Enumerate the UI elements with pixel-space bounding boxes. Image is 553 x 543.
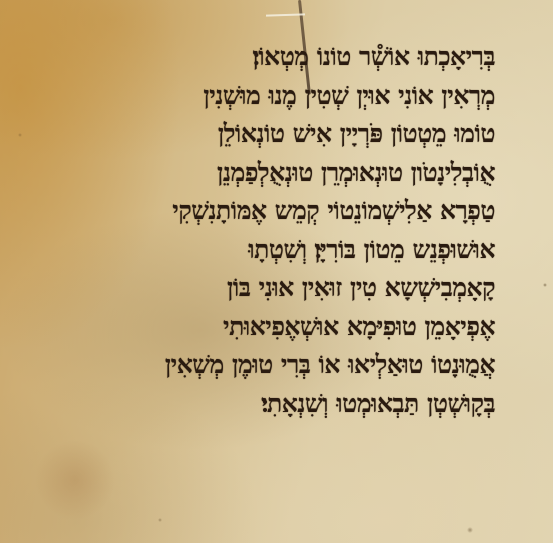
manuscript-line-2: מְרְאִין אוֹנִי אוּיְן שְׁטִין מֶנוּ מוּ… xyxy=(40,77,495,116)
manuscript-line-9: אֲמֻוּנָטוֹ טוּאַלְיאוּ אוֹ בְּרִי טוּמֶ… xyxy=(40,346,495,385)
manuscript-line-3: טוֹמוּ מֵטְטוֹן פֹּרְיָין אִישׁ טוֹנְאוֹ… xyxy=(40,115,495,154)
manuscript-line-7: קָאָמְבִישְׁשָא טִין זוּאִין אוּנִי בּוֹ… xyxy=(40,269,495,308)
manuscript-line-10: בְּקָוּשְׁטְן תַּבְאוּמְטוּ וְשִׁנְאָתִי… xyxy=(40,385,495,424)
manuscript-line-6: אוּשׁוּפְנֵש מֵטוֹן בּוֹרִיָּן׃ וְשִׁטְת… xyxy=(40,231,495,270)
manuscript-line-8: אֶפְיאָמֵן טוּפִיּמָא אוּשְׁאֶפִיאוּתִי xyxy=(40,308,495,347)
parchment-photo: בְּרִיאָכְתוּ אוֹשְׁ֯ר טוֹנוֹ מְטְאוֹן׃ … xyxy=(0,0,553,543)
manuscript-line-4: אֻוֹבְלִינָטֹון טוּנְאוּמְרֵן טוּנְאֻלְפ… xyxy=(40,154,495,193)
manuscript-line-1: בְּרִיאָכְתוּ אוֹשְׁ֯ר טוֹנוֹ מְטְאוֹן׃ xyxy=(40,38,495,77)
manuscript-text-column: בְּרִיאָכְתוּ אוֹשְׁ֯ר טוֹנוֹ מְטְאוֹן׃ … xyxy=(40,38,495,423)
manuscript-line-5: טַפְרָא אַלִישְׁמוֹנֵטוֹי קְמֵש אֶמּוֹתָ… xyxy=(40,192,495,231)
